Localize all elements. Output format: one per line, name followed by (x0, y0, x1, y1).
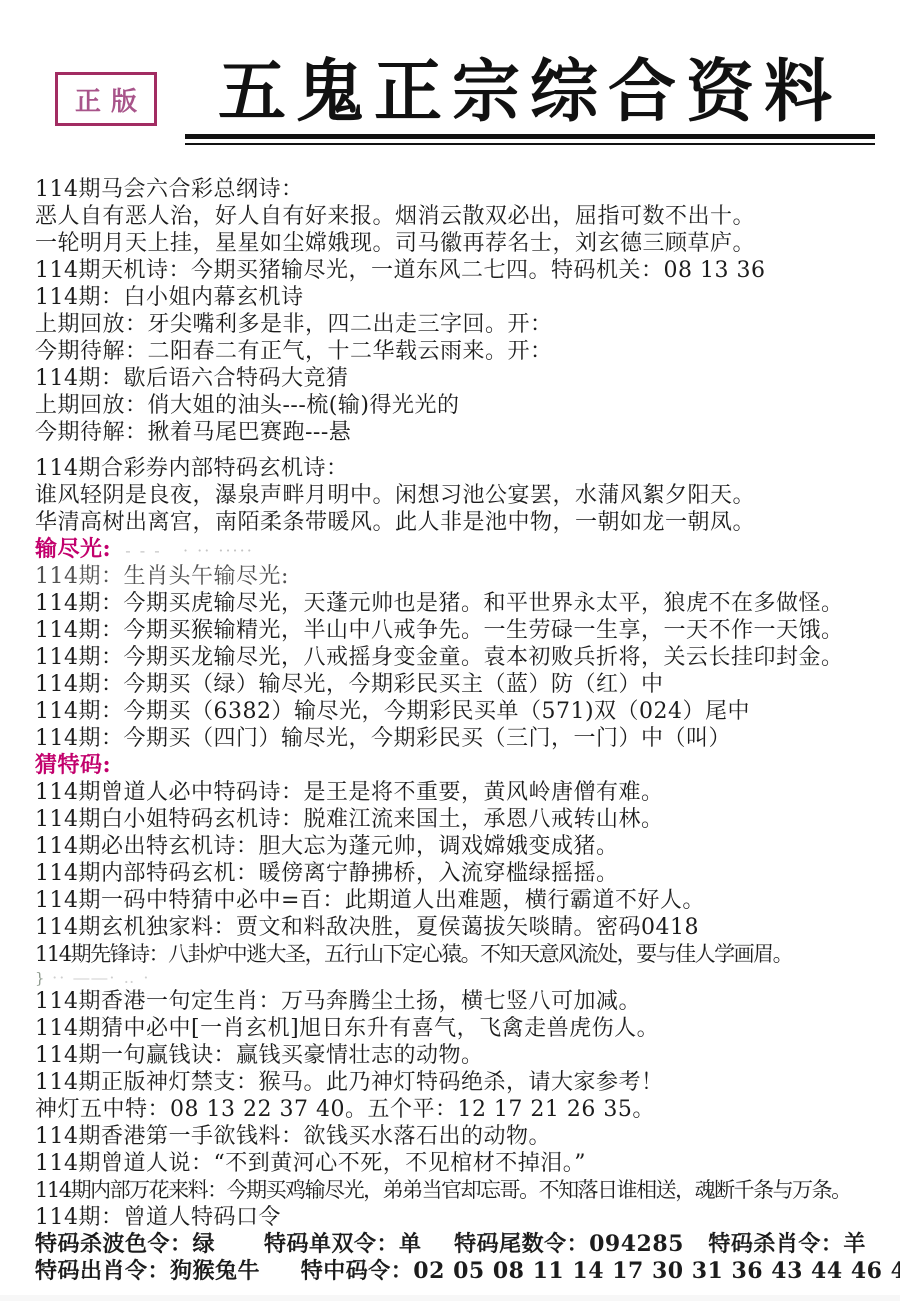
text-line: 114期曾道人说：“不到黄河心不死，不见棺材不掉泪。” (35, 1150, 882, 1177)
text-line-content: 神灯五中特：08 13 22 37 40。五个平：12 17 21 26 35。 (35, 1097, 655, 1122)
text-line: 114期：白小姐内幕玄机诗 (35, 284, 882, 311)
text-line: 谁风轻阴是良夜，瀑泉声畔月明中。闲想习池公宴罢，水蒲风絮夕阳天。 (35, 482, 882, 509)
text-line: 114期内部特码玄机：暖傍离宁静拂桥，入流穿槛绿摇摇。 (35, 860, 882, 887)
page: 正版 五鬼正宗综合资料 114期马会六合彩总纲诗：恶人自有恶人治，好人自有好来报… (0, 0, 900, 1301)
text-line-content: 114期白小姐特码玄机诗：脱难江流来国土，承恩八戒转山林。 (35, 807, 664, 832)
text-line-content: 114期玄机独家料：贾文和料敌决胜，夏侯蔼拔矢啖睛。密码0418 (35, 915, 699, 940)
text-line-content: 特码杀波色令：绿 特码单双令：单 特码尾数令：094285 特码杀肖令：羊 (35, 1231, 866, 1257)
text-line: 114期必出特玄机诗：胆大忘为蓬元帅，调戏嫦娥变成猪。 (35, 833, 882, 860)
text-line-content: 114期合彩券内部特码玄机诗： (35, 456, 349, 481)
text-line: 114期白小姐特码玄机诗：脱难江流来国土，承恩八戒转山林。 (35, 806, 882, 833)
title-underline-thick (185, 134, 875, 139)
text-line: 今期待解：揪着马尾巴赛跑---悬 (35, 419, 882, 446)
text-line-content: 今期待解：揪着马尾巴赛跑---悬 (35, 420, 351, 445)
body-text: 114期马会六合彩总纲诗：恶人自有恶人治，好人自有好来报。烟消云散双必出，屈指可… (35, 176, 882, 1285)
text-line: 114期：今期买龙输尽光，八戒摇身变金童。袁本初败兵折将，关云长挂印封金。 (35, 644, 882, 671)
title-block: 五鬼正宗综合资料 (185, 56, 875, 145)
text-line: 114期香港第一手欲钱料：欲钱买水落石出的动物。 (35, 1123, 882, 1150)
text-line: 神灯五中特：08 13 22 37 40。五个平：12 17 21 26 35。 (35, 1096, 882, 1123)
text-line: 114期正版神灯禁支：猴马。此乃神灯特码绝杀，请大家参考！ (35, 1069, 882, 1096)
text-line: 114期：今期买（绿）输尽光，今期彩民买主（蓝）防（红）中 (35, 671, 882, 698)
text-line: 一轮明月天上挂，星星如尘嫦娥现。司马徽再荐名士，刘玄德三顾草庐。 (35, 230, 882, 257)
text-line: 114期：今期买（6382）输尽光，今期彩民买单（571)双（024）尾中 (35, 698, 882, 725)
text-line: 恶人自有恶人治，好人自有好来报。烟消云散双必出，屈指可数不出十。 (35, 203, 882, 230)
text-line: 今期待解：二阳春二有正气，十二华载云雨来。开： (35, 338, 882, 365)
text-line: 114期：曾道人特码口令 (35, 1204, 882, 1231)
text-line-content: 上期回放：俏大姐的油头---梳(输)得光光的 (35, 393, 459, 418)
text-line-content: 114期香港一句定生肖：万马奔腾尘土扬，横七竖八可加减。 (35, 989, 641, 1014)
title-underline-thin (185, 143, 875, 145)
text-line-content: 今期待解：二阳春二有正气，十二华载云雨来。开： (35, 339, 553, 364)
text-line-content: 114期香港第一手欲钱料：欲钱买水落石出的动物。 (35, 1124, 551, 1149)
text-line-content: 华清高树出离宫，南陌柔条带暖风。此人非是池中物，一朝如龙一朝凤。 (35, 510, 755, 535)
text-line-content: 114期先锋诗：八卦炉中逃大圣，五行山下定心猿。不知天意风流处，要与佳人学画眉。 (35, 942, 792, 966)
text-line-content: 114期一句赢钱诀：赢钱买豪情壮志的动物。 (35, 1043, 484, 1068)
text-line: 114期香港一句定生肖：万马奔腾尘土扬，横七竖八可加减。 (35, 988, 882, 1015)
text-line-content: 114期曾道人说：“不到黄河心不死，不见棺材不掉泪。” (35, 1151, 586, 1176)
text-line-content: 114期猜中必中[一肖玄机]旭日东升有喜气，飞禽走兽虎伤人。 (35, 1016, 659, 1041)
scan-edge (0, 1295, 900, 1301)
text-line: 特码出肖令：狗猴兔牛 特中码令：02 05 08 11 14 17 30 31 … (35, 1258, 882, 1285)
text-line: 114期：今期买猴输精光，半山中八戒争先。一生劳碌一生享，一天不作一天饿。 (35, 617, 882, 644)
text-line: 114期：生肖头午输尽光: (35, 563, 882, 590)
text-line: 114期：歇后语六合特码大竞猜 (35, 365, 882, 392)
text-line-content: 114期：今期买猴输精光，半山中八戒争先。一生劳碌一生享，一天不作一天饿。 (35, 618, 844, 643)
text-line-content: 上期回放：牙尖嘴利多是非，四二出走三字回。开： (35, 312, 553, 337)
text-line: 上期回放：俏大姐的油头---梳(输)得光光的 (35, 392, 882, 419)
text-line-content: 114期：今期买（6382）输尽光，今期彩民买单（571)双（024）尾中 (35, 699, 750, 724)
text-line-content: 一轮明月天上挂，星星如尘嫦娥现。司马徽再荐名士，刘玄德三顾草庐。 (35, 231, 755, 256)
text-line: } ·· ――· ‥ · (35, 968, 882, 988)
text-line-content: 114期曾道人必中特码诗：是王是将不重要，黄风岭唐僧有难。 (35, 780, 664, 805)
text-line: 特码杀波色令：绿 特码单双令：单 特码尾数令：094285 特码杀肖令：羊 (35, 1231, 882, 1258)
text-line-content: 114期马会六合彩总纲诗： (35, 177, 304, 202)
text-line-content: 猜特码: (35, 752, 111, 778)
text-line-content: 114期内部万花来料：今期买鸡输尽光，弟弟当官却忘哥。不知落日谁相送，魂断千条与… (35, 1178, 851, 1202)
text-line-content: 114期天机诗：今期买猪输尽光，一道东风二七四。特码机关：08 13 36 (35, 258, 765, 283)
scan-artifact: - - - · ·· ····· (111, 541, 254, 560)
text-line: 输尽光: - - - · ·· ····· (35, 536, 882, 563)
text-line-content: 输尽光: (35, 536, 111, 562)
text-line-content: 114期必出特玄机诗：胆大忘为蓬元帅，调戏嫦娥变成猪。 (35, 834, 619, 859)
text-line: 114期先锋诗：八卦炉中逃大圣，五行山下定心猿。不知天意风流处，要与佳人学画眉。 (35, 941, 882, 968)
text-line: 114期合彩券内部特码玄机诗： (35, 455, 882, 482)
text-line: 114期内部万花来料：今期买鸡输尽光，弟弟当官却忘哥。不知落日谁相送，魂断千条与… (35, 1177, 882, 1204)
text-line-content: 114期：生肖头午输尽光: (35, 564, 289, 589)
text-line-content: 114期：今期买虎输尽光，天蓬元帅也是猪。和平世界永太平，狼虎不在多做怪。 (35, 591, 844, 616)
genuine-badge-label: 正版 (75, 81, 147, 118)
text-line: 华清高树出离宫，南陌柔条带暖风。此人非是池中物，一朝如龙一朝凤。 (35, 509, 882, 536)
text-line: 114期一码中特猜中必中=百：此期道人出难题，横行霸道不好人。 (35, 887, 882, 914)
genuine-badge: 正版 (55, 72, 157, 126)
text-line-content: 114期内部特码玄机：暖傍离宁静拂桥，入流穿槛绿摇摇。 (35, 861, 619, 886)
text-line-content: 114期：今期买（四门）输尽光，今期彩民买（三门，一门）中（叫） (35, 726, 731, 751)
text-line: 114期：今期买（四门）输尽光，今期彩民买（三门，一门）中（叫） (35, 725, 882, 752)
text-line-content: 114期：今期买龙输尽光，八戒摇身变金童。袁本初败兵折将，关云长挂印封金。 (35, 645, 844, 670)
text-line: 上期回放：牙尖嘴利多是非，四二出走三字回。开： (35, 311, 882, 338)
text-line-content: 114期：白小姐内幕玄机诗 (35, 285, 304, 310)
text-line: 114期猜中必中[一肖玄机]旭日东升有喜气，飞禽走兽虎伤人。 (35, 1015, 882, 1042)
text-line-content: 114期一码中特猜中必中=百：此期道人出难题，横行霸道不好人。 (35, 888, 705, 913)
scan-artifact: ·· ――· ‥ · (45, 968, 150, 987)
text-line-content: 谁风轻阴是良夜，瀑泉声畔月明中。闲想习池公宴罢，水蒲风絮夕阳天。 (35, 483, 755, 508)
text-line: 114期天机诗：今期买猪输尽光，一道东风二七四。特码机关：08 13 36 (35, 257, 882, 284)
page-title: 五鬼正宗综合资料 (185, 56, 875, 128)
text-line-content: 特码出肖令：狗猴兔牛 特中码令：02 05 08 11 14 17 30 31 … (35, 1258, 900, 1284)
text-line: 114期马会六合彩总纲诗： (35, 176, 882, 203)
text-line: 114期：今期买虎输尽光，天蓬元帅也是猪。和平世界永太平，狼虎不在多做怪。 (35, 590, 882, 617)
text-line-content: 114期：歇后语六合特码大竞猜 (35, 366, 349, 391)
text-line-content: } (35, 969, 45, 987)
text-line: 猜特码: (35, 752, 882, 779)
text-line-content: 114期：今期买（绿）输尽光，今期彩民买主（蓝）防（红）中 (35, 672, 664, 697)
text-line: 114期曾道人必中特码诗：是王是将不重要，黄风岭唐僧有难。 (35, 779, 882, 806)
text-line-content: 114期正版神灯禁支：猴马。此乃神灯特码绝杀，请大家参考！ (35, 1070, 664, 1095)
text-line-content: 恶人自有恶人治，好人自有好来报。烟消云散双必出，屈指可数不出十。 (35, 204, 755, 229)
page-header: 正版 五鬼正宗综合资料 (0, 56, 900, 176)
text-line-content: 114期：曾道人特码口令 (35, 1205, 281, 1230)
text-line: 114期一句赢钱诀：赢钱买豪情壮志的动物。 (35, 1042, 882, 1069)
text-line: 114期玄机独家料：贾文和料敌决胜，夏侯蔼拔矢啖睛。密码0418 (35, 914, 882, 941)
